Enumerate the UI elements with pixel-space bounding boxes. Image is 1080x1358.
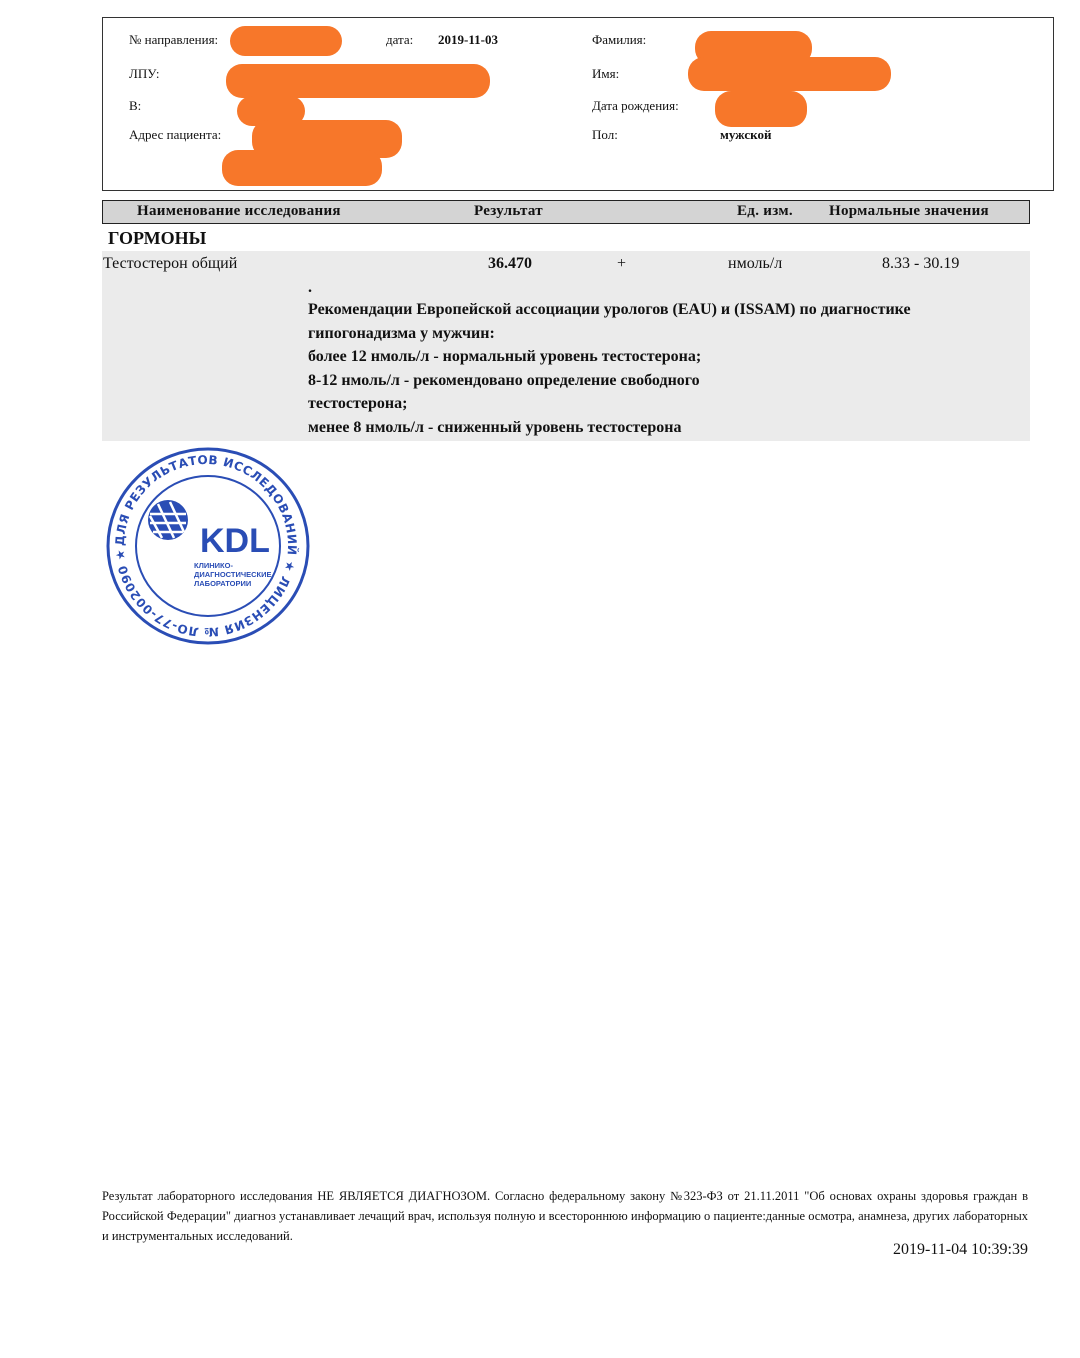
test-unit: нмоль/л [728,255,782,273]
svg-text:KDL: KDL [200,522,270,560]
result-comment: . Рекомендации Европейской ассоциации ур… [308,282,911,439]
legal-disclaimer: Результат лабораторного исследования НЕ … [102,1186,1028,1246]
test-name: Тестостерон общий [103,255,237,273]
header-test-name: Наименование исследования [137,203,341,220]
redacted-lpu [226,64,490,98]
name-label: Имя: [592,66,619,82]
v-label: В: [129,98,141,114]
comment-line: более 12 нмоль/л - нормальный уровень те… [308,345,911,369]
sex-value: мужской [720,127,771,143]
header-result: Результат [474,203,543,220]
svg-text:КЛИНИКО-: КЛИНИКО- [194,561,233,570]
redacted-birthdate [715,91,807,127]
header-reference: Нормальные значения [829,203,989,220]
sex-label: Пол: [592,127,618,143]
date-label: дата: [386,32,413,48]
redacted-referral-number [230,26,342,56]
kdl-stamp-icon: ДЛЯ РЕЗУЛЬТАТОВ ИССЛЕДОВАНИЙ ★ ЛИЦЕНЗИЯ … [102,444,310,648]
test-result: 36.470 [488,255,532,273]
svg-text:ЛАБОРАТОРИИ: ЛАБОРАТОРИИ [194,579,251,588]
redacted-address-2 [222,150,382,186]
comment-line: Рекомендации Европейской ассоциации урол… [308,298,911,322]
header-unit: Ед. изм. [737,203,793,220]
redacted-name [688,57,891,91]
svg-text:ДИАГНОСТИЧЕСКИЕ: ДИАГНОСТИЧЕСКИЕ [194,570,272,579]
comment-line: менее 8 нмоль/л - сниженный уровень тест… [308,416,911,440]
address-label: Адрес пациента: [129,127,221,143]
referral-number-label: № направления: [129,32,218,48]
results-table-header: Наименование исследования Результат Ед. … [102,200,1030,224]
lpu-label: ЛПУ: [129,66,160,82]
print-timestamp: 2019-11-04 10:39:39 [893,1241,1028,1259]
comment-line: гипогонадизма у мужчин: [308,322,911,346]
surname-label: Фамилия: [592,32,646,48]
test-reference: 8.33 - 30.19 [882,255,959,273]
lab-stamp: ДЛЯ РЕЗУЛЬТАТОВ ИССЛЕДОВАНИЙ ★ ЛИЦЕНЗИЯ … [102,444,310,648]
comment-line: 8-12 нмоль/л - рекомендовано определение… [308,369,911,393]
date-value: 2019-11-03 [438,32,498,48]
comment-dot: . [308,282,911,298]
comment-line: тестостерона; [308,392,911,416]
section-title-hormones: ГОРМОНЫ [108,228,206,249]
result-flag: + [617,255,626,273]
birthdate-label: Дата рождения: [592,98,679,114]
